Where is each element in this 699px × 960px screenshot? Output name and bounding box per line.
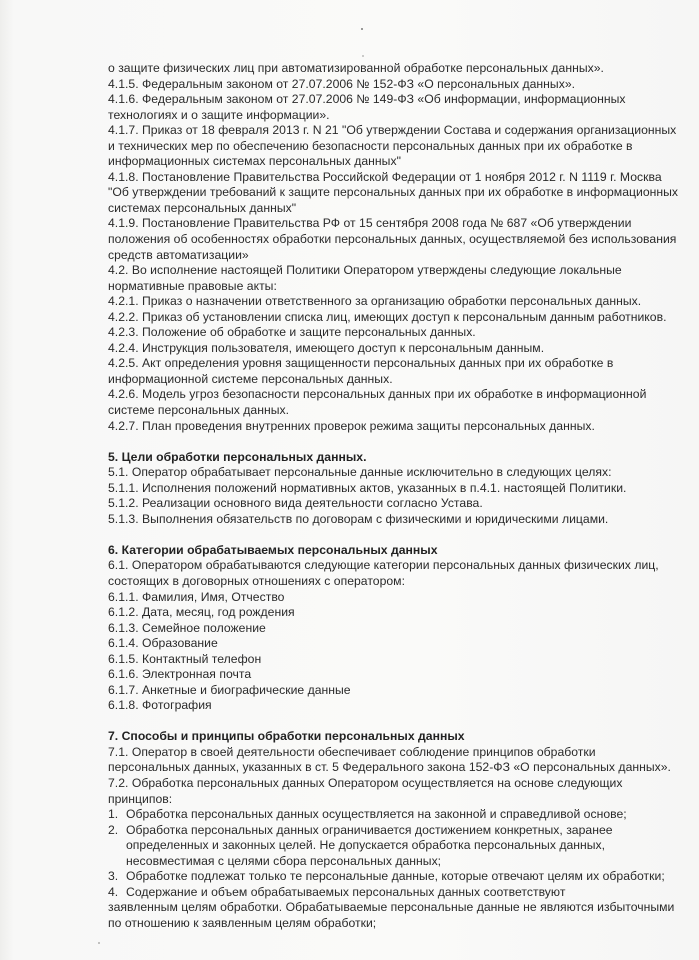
section-heading: 6. Категории обрабатываемых персональных…	[108, 543, 688, 559]
paragraph-line: системах персональных данных"	[108, 201, 688, 217]
paragraph-line: 6.1.3. Семейное положение	[108, 621, 688, 637]
paragraph-line: по отношению к заявленным целям обработк…	[108, 916, 688, 932]
paragraph-line: состоящих в договорных отношениях с опер…	[108, 574, 688, 590]
paragraph-line: 6.1.2. Дата, месяц, год рождения	[108, 605, 688, 621]
paragraph-line: 5.1. Оператор обрабатывает персональные …	[108, 465, 688, 481]
paragraph-line: 4.2.7. План проведения внутренних провер…	[108, 419, 688, 435]
document-text-block: о защите физических лиц при автоматизиро…	[108, 61, 688, 434]
principle-text: Обработка персональных данных ограничива…	[126, 823, 613, 839]
numbered-principle: 1.Обработка персональных данных осуществ…	[108, 807, 688, 823]
paragraph-line: 7.1. Оператор в своей деятельности обесп…	[108, 745, 688, 761]
principle-text: Содержание и объем обрабатываемых персон…	[126, 885, 565, 901]
paragraph-line: 5.1.3. Выполнения обязательств по догово…	[108, 512, 688, 528]
paragraph-line: 4.2.4. Инструкция пользователя, имеющего…	[108, 341, 688, 357]
list-number: 1.	[108, 807, 126, 823]
section-heading: 5. Цели обработки персональных данных.	[108, 450, 688, 466]
paragraph-line: 6.1.1. Фамилия, Имя, Отчество	[108, 590, 688, 606]
paragraph-line: 4.1.7. Приказ от 18 февраля 2013 г. N 21…	[108, 123, 688, 139]
paragraph-line: о защите физических лиц при автоматизиро…	[108, 61, 688, 77]
paragraph-line: 6.1.5. Контактный телефон	[108, 652, 688, 668]
paragraph-line: 4.2.6. Модель угроз безопасности персона…	[108, 387, 688, 403]
principle-text: Обработка персональных данных осуществля…	[126, 807, 627, 823]
paragraph-line: 4.1.8. Постановление Правительства Росси…	[108, 170, 688, 186]
principle-text: Обработке подлежат только те персональны…	[126, 869, 665, 885]
paragraph-line: нормативные правовые акты:	[108, 279, 688, 295]
paragraph-line: 4.2.5. Акт определения уровня защищеннос…	[108, 356, 688, 372]
document-body: о защите физических лиц при автоматизиро…	[108, 61, 688, 931]
section-spacer	[108, 527, 688, 543]
paragraph-line: 6.1.4. Образование	[108, 636, 688, 652]
numbered-principle: 3.Обработке подлежат только те персональ…	[108, 869, 688, 885]
paragraph-line: 7.2. Обработка персональных данных Опера…	[108, 776, 688, 792]
paragraph-line: 5.1.2. Реализации основного вида деятель…	[108, 496, 688, 512]
paragraph-line: 6.1. Оператором обрабатываются следующие…	[108, 558, 688, 574]
paragraph-line: средств автоматизации»	[108, 248, 688, 264]
paragraph-line: 4.2.2. Приказ об установлении списка лиц…	[108, 310, 688, 326]
paragraph-line: системе персональных данных.	[108, 403, 688, 419]
scan-speck	[361, 28, 363, 30]
paragraph-line: информационных системах персональных дан…	[108, 154, 688, 170]
paragraph-line: 4.2. Во исполнение настоящей Политики Оп…	[108, 263, 688, 279]
paragraph-line: 4.2.1. Приказ о назначении ответственног…	[108, 294, 688, 310]
paragraph-line: персональных данных, указанных в ст. 5 Ф…	[108, 760, 688, 776]
document-section: 7. Способы и принципы обработки персонал…	[108, 729, 688, 931]
paragraph-line: принципов:	[108, 792, 688, 808]
numbered-principle: 2.Обработка персональных данных ограничи…	[108, 823, 688, 839]
section-spacer	[108, 434, 688, 450]
list-number: 3.	[108, 869, 126, 885]
paragraph-line: 6.1.7. Анкетные и биографические данные	[108, 683, 688, 699]
paragraph-line: "Об утверждении требований к защите перс…	[108, 185, 688, 201]
paragraph-line: 5.1.1. Исполнения положений нормативных …	[108, 481, 688, 497]
document-section: 5. Цели обработки персональных данных.5.…	[108, 450, 688, 528]
scanned-page: о защите физических лиц при автоматизиро…	[0, 0, 699, 960]
document-section: 6. Категории обрабатываемых персональных…	[108, 543, 688, 714]
paragraph-line: и технических мер по обеспечению безопас…	[108, 139, 688, 155]
paragraph-line: технологиях и о защите информации».	[108, 108, 688, 124]
paragraph-line: 4.1.5. Федеральным законом от 27.07.2006…	[108, 77, 688, 93]
scan-speck	[362, 55, 364, 57]
paragraph-line: 4.2.3. Положение об обработке и защите п…	[108, 325, 688, 341]
section-spacer	[108, 714, 688, 730]
principle-continuation: определенных и законных целей. Не допуск…	[108, 838, 688, 854]
paragraph-line: 6.1.6. Электронная почта	[108, 667, 688, 683]
paragraph-line: 6.1.8. Фотография	[108, 698, 688, 714]
list-number: 4.	[108, 885, 126, 901]
list-number: 2.	[108, 823, 126, 839]
paragraph-line: положения об особенностях обработки перс…	[108, 232, 688, 248]
principle-continuation: несовместимая с целями сбора персональны…	[108, 854, 688, 870]
paragraph-line: информационной системе персональных данн…	[108, 372, 688, 388]
section-heading: 7. Способы и принципы обработки персонал…	[108, 729, 688, 745]
numbered-principle: 4.Содержание и объем обрабатываемых перс…	[108, 885, 688, 901]
paragraph-line: 4.1.9. Постановление Правительства РФ от…	[108, 216, 688, 232]
paragraph-line: 4.1.6. Федеральным законом от 27.07.2006…	[108, 92, 688, 108]
scan-speck	[98, 942, 100, 944]
paragraph-line: заявленным целям обработки. Обрабатываем…	[108, 900, 688, 916]
